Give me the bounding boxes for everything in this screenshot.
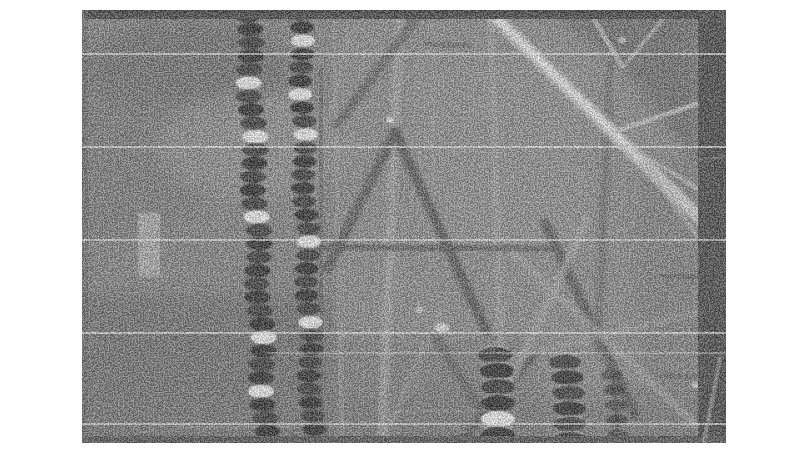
- page: [0, 0, 800, 453]
- film-grain-fine: [82, 10, 726, 443]
- transmission-tower-photo: [82, 10, 726, 443]
- photo-frame: [82, 10, 726, 443]
